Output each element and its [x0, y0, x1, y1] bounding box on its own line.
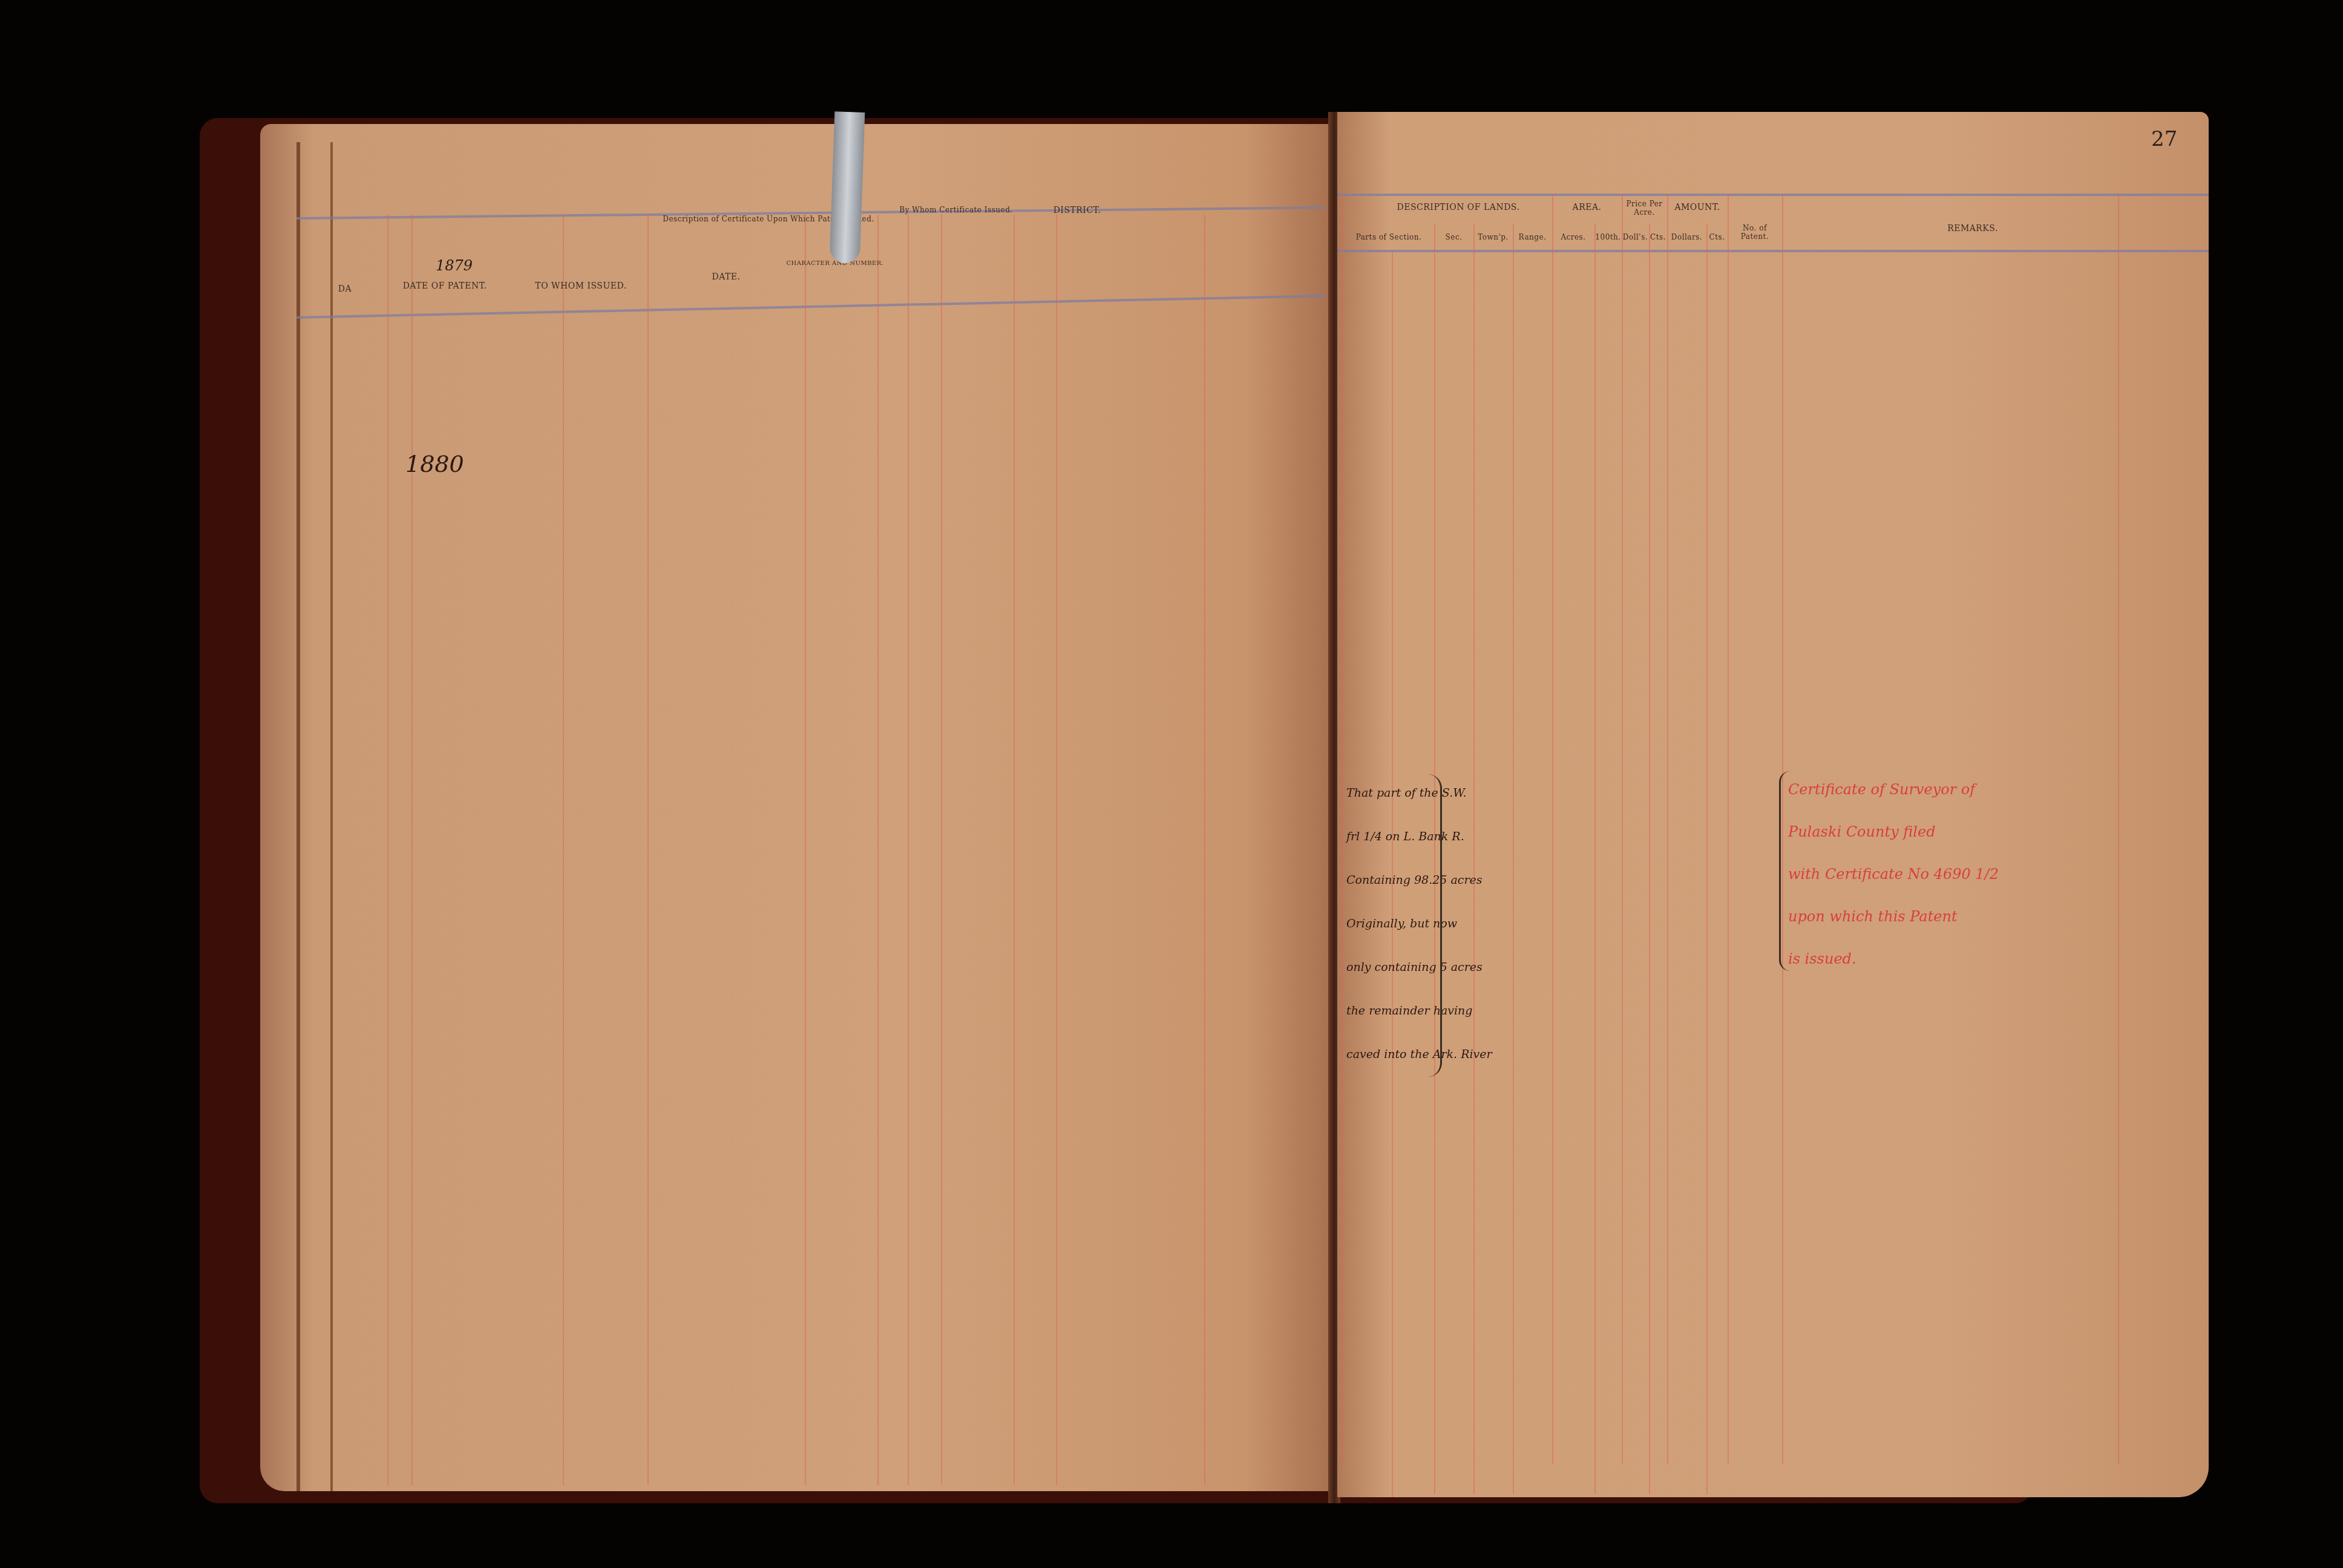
note-line: That part of the S.W. — [1346, 771, 1492, 815]
header-to-whom-issued: TO WHOM ISSUED. — [502, 281, 660, 291]
header-range: Range. — [1513, 233, 1552, 241]
page-number: 27 — [2151, 127, 2177, 151]
entry-remarks: Certificate of Surveyor ofPulaski County… — [1788, 768, 1999, 980]
bookmark-clip — [830, 111, 865, 264]
header-sec: Sec. — [1434, 233, 1473, 241]
header-remarks: REMARKS. — [1882, 224, 2063, 234]
note-line: Originally, but now — [1346, 902, 1492, 946]
header-hundredths: 100th. — [1594, 233, 1622, 241]
header-description-of-lands: DESCRIPTION OF LANDS. — [1374, 203, 1543, 212]
page-edges — [297, 142, 333, 1491]
remark-line: is issued. — [1788, 938, 1999, 980]
bracket — [1428, 774, 1442, 1077]
header-price-cents: Cts. — [1649, 233, 1667, 241]
note-line: Containing 98.25 acres — [1346, 858, 1492, 902]
right-page: 27 DESCRIPTION OF LANDS. Parts of Sectio… — [1337, 112, 2209, 1497]
entry-parts-note: That part of the S.W.frl 1/4 on L. Bank … — [1346, 771, 1492, 1076]
header-day: Da — [333, 284, 357, 294]
header-by-whom: By Whom Certificate Issued. — [896, 206, 1017, 214]
header-amount: AMOUNT. — [1667, 203, 1728, 212]
note-line: caved into the Ark. River — [1346, 1033, 1492, 1076]
header-acres: Acres. — [1552, 233, 1594, 241]
remark-line: Certificate of Surveyor of — [1788, 768, 1999, 811]
left-page: Da DATE OF PATENT. TO WHOM ISSUED. Descr… — [260, 124, 1331, 1491]
remark-line: Pulaski County filed — [1788, 811, 1999, 853]
note-line: only containing 5 acres — [1346, 946, 1492, 989]
header-amount-dollars: Dollars. — [1667, 233, 1706, 241]
remark-line: upon which this Patent — [1788, 895, 1999, 938]
header-amount-cents: Cts. — [1706, 233, 1728, 241]
header-district: DISTRICT. — [1023, 206, 1132, 215]
header-certificate-date: DATE. — [696, 272, 756, 282]
header-date-of-patent: DATE OF PATENT. — [387, 281, 502, 291]
header-price-per-acre: Price Per Acre. — [1622, 200, 1667, 217]
ledger-book: Da DATE OF PATENT. TO WHOM ISSUED. Descr… — [200, 112, 2033, 1503]
year-1880: 1880 — [405, 451, 464, 477]
header-no-of-patent: No. of Patent. — [1728, 224, 1782, 241]
remark-line: with Certificate No 4690 1/2 — [1788, 853, 1999, 895]
year-1879: 1879 — [436, 257, 473, 274]
header-parts-of-section: Parts of Section. — [1343, 233, 1434, 241]
note-line: frl 1/4 on L. Bank R. — [1346, 815, 1492, 858]
note-line: the remainder having — [1346, 989, 1492, 1033]
header-character-number: CHARACTER AND NUMBER. — [781, 260, 890, 267]
header-township: Town'p. — [1473, 233, 1513, 241]
header-area: AREA. — [1552, 203, 1622, 212]
header-price-dollars: Doll's. — [1622, 233, 1649, 241]
bracket — [1779, 771, 1790, 971]
